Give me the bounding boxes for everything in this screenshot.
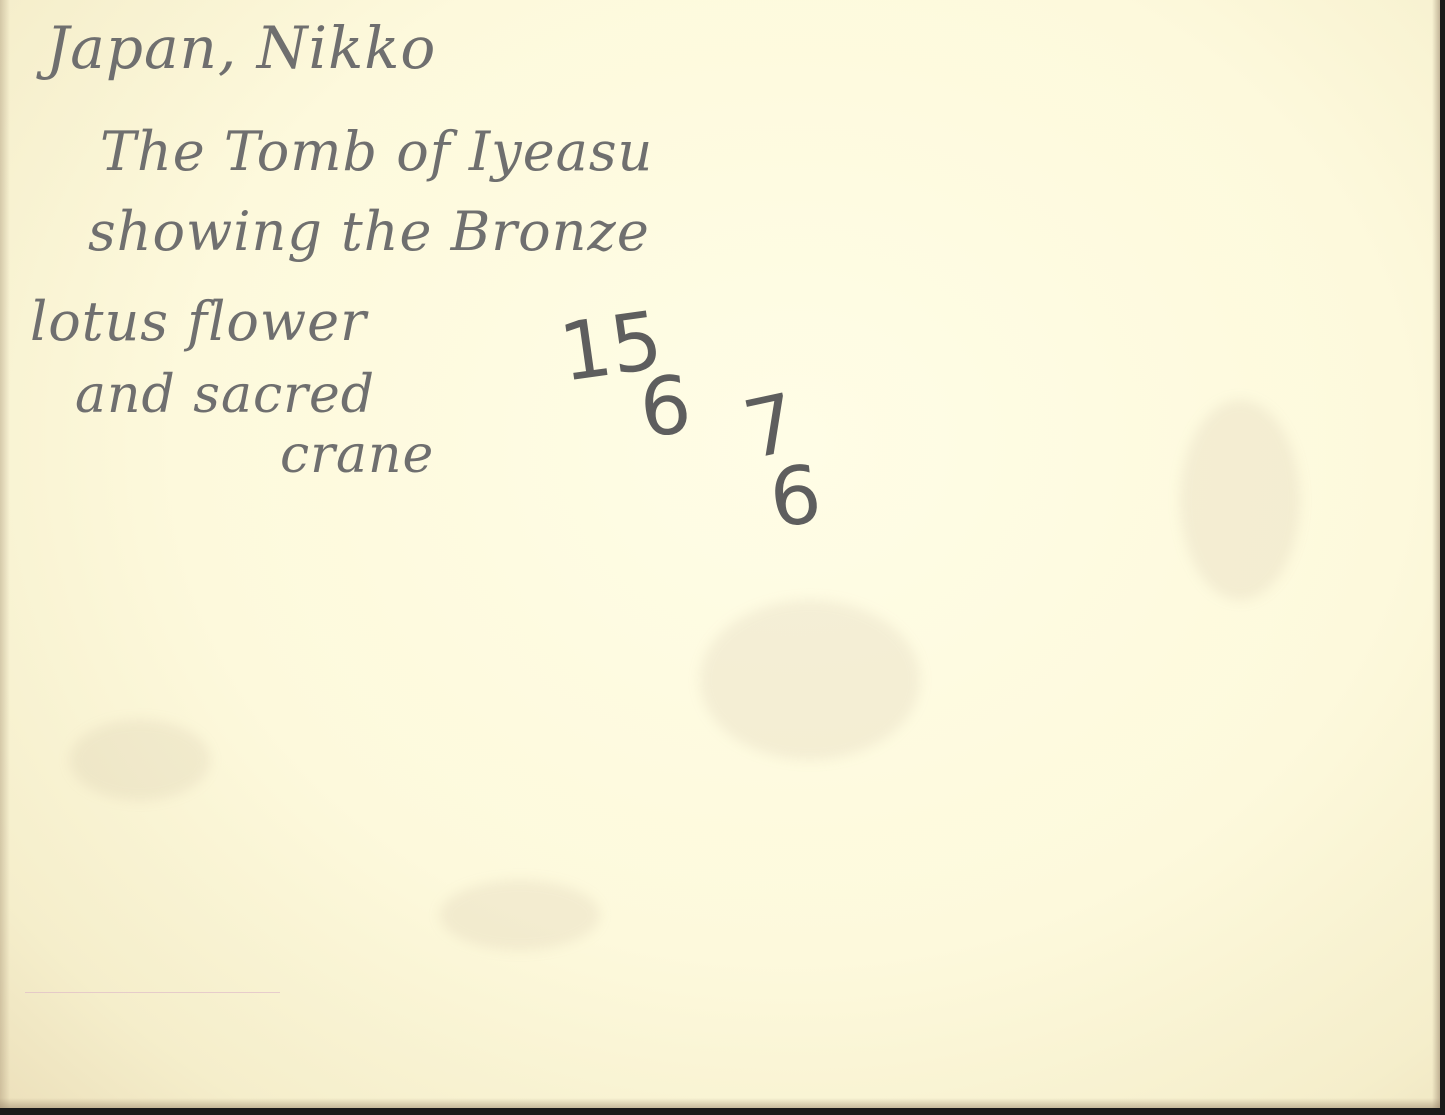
catalog-number-part-2: 6	[636, 358, 695, 455]
stain	[1180, 400, 1300, 600]
inscription-title: The Tomb of Iyeasu	[100, 120, 653, 183]
paper-edge-left	[0, 0, 10, 1108]
inscription-location: Japan, Nikko	[46, 14, 436, 82]
stain	[700, 600, 920, 760]
inscription-line-6: crane	[280, 425, 434, 485]
paper-edge-right	[1432, 0, 1440, 1108]
inscription-line-4: lotus flower	[30, 290, 367, 353]
inscription-line-5: and sacred	[75, 365, 375, 425]
paper-edge-bottom	[0, 1098, 1440, 1108]
stain	[440, 880, 600, 950]
inscription-line-3: showing the Bronze	[88, 200, 650, 263]
photo-back: Japan, Nikko The Tomb of Iyeasu showing …	[0, 0, 1440, 1108]
catalog-number-part-4: 6	[765, 448, 825, 546]
stain	[70, 720, 210, 800]
faint-mark	[25, 992, 280, 993]
